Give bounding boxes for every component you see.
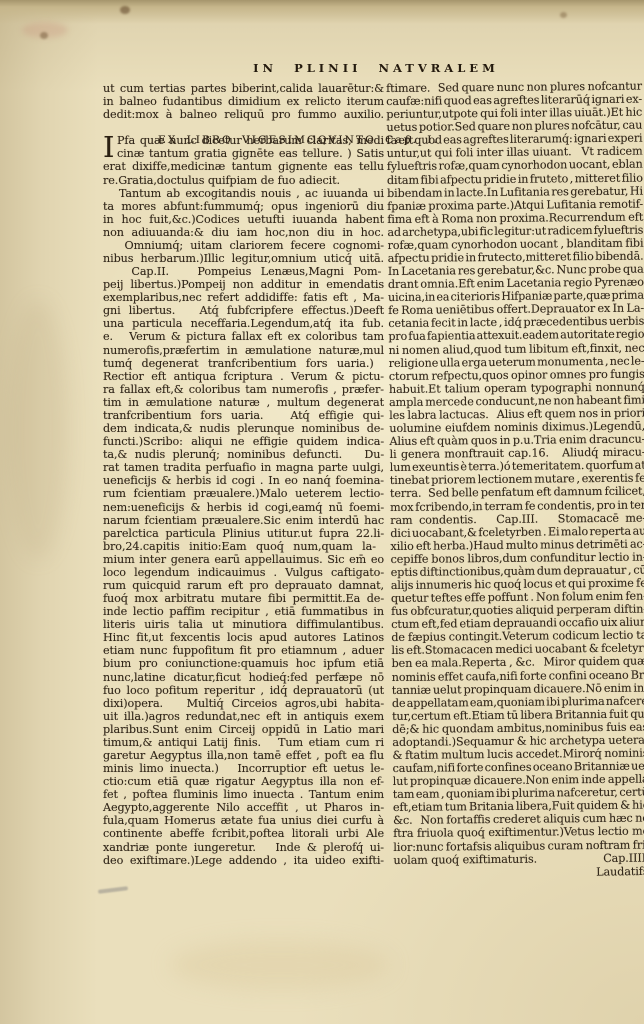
right-body-lines: ftimare. Sed quare nunc non plures nofca… bbox=[386, 80, 644, 854]
paper-stain bbox=[170, 940, 390, 990]
text-line-content: garetur Aegyptus illa,non tamē effet , p… bbox=[103, 749, 384, 762]
text-line-content: Tantum ab excogitandis nouis , ac iuuand… bbox=[103, 187, 384, 200]
paper-stain bbox=[22, 22, 68, 38]
text-line: functi.)Scribo: aliqui ne effigie quidem… bbox=[103, 435, 384, 448]
text-line: fula,quam Homerus ætate fua unius diei c… bbox=[103, 814, 384, 827]
text-line-content: ta,& nudis plerunq́; nominibus defuncti.… bbox=[103, 448, 384, 461]
text-line-content: bium pro coniunctione:quamuis hoc ipfum … bbox=[103, 657, 384, 670]
text-line: continente abeffe fcribit,poftea litoral… bbox=[103, 827, 384, 840]
text-line: erat dixiffe,medicinæ tantum gignente ea… bbox=[103, 160, 384, 173]
text-line-content: plaribus.Sunt enim Circeij oppidū in Lat… bbox=[103, 723, 384, 736]
text-line-content: non adiuuanda:& diu iam hoc,non diu in h… bbox=[103, 226, 384, 239]
text-line-content: gni libertus. Atq́ fubfcripfere effectus… bbox=[103, 304, 384, 317]
text-line-content: erat dixiffe,medicinæ tantum gignente ea… bbox=[103, 160, 384, 173]
text-line-content: loco legendum indicauimus . Vulgus cafti… bbox=[103, 566, 384, 579]
text-line: exemplaribus,nec refert addidiffe: fatis… bbox=[103, 291, 384, 304]
left-body-lines: erat dixiffe,medicinæ tantum gignente ea… bbox=[103, 160, 384, 866]
text-line: dixi)opera. Multiq́ Circeios agros,ubi h… bbox=[103, 697, 384, 710]
text-line: plaribus.Sunt enim Circeij oppidū in Lat… bbox=[103, 723, 384, 736]
text-line-content: nem:ueneficijs & herbis id cogi,eamq́ nū… bbox=[103, 501, 384, 514]
text-line-content: rum quicquid rarum eft pro deprauato dam… bbox=[103, 579, 384, 592]
text-line: nibus herbarum.)Illic legitur,omnium uti… bbox=[103, 252, 384, 265]
text-line-content: mium inter genera earū appellauimus. Sic… bbox=[103, 553, 384, 566]
text-line: rum quicquid rarum eft pro deprauato dam… bbox=[103, 579, 384, 592]
text-line: Hinc fit,ut fexcentis locis apud autores… bbox=[103, 631, 384, 644]
text-line: Cap.II. Pompeius Lenæus,Magni Pom- bbox=[103, 265, 384, 278]
text-line: in balneo fudantibus dimidium ex relicto… bbox=[103, 95, 384, 108]
text-line: non adiuuanda:& diu iam hoc,non diu in h… bbox=[103, 226, 384, 239]
right-column: ftimare. Sed quare nunc non plures nofca… bbox=[386, 80, 644, 880]
text-line-content: deo exiftimare.)Lege addendo , ita uideo… bbox=[103, 854, 384, 867]
text-line-content: re.Gratia,doctulus quifpiam de fuo adiec… bbox=[103, 174, 340, 187]
text-line: numerofis,præfertim in æmulatione naturæ… bbox=[103, 344, 384, 357]
dropcap-block: I Pfa quæ nunc dicetur herbarum claritas… bbox=[103, 134, 384, 160]
text-line-content: narum fcientiam præualere.Sic enim inter… bbox=[103, 514, 384, 527]
text-line: una particula neceffaria.Legendum,atq́ i… bbox=[103, 317, 384, 330]
chapter-four-label: Cap.IIII. bbox=[603, 851, 644, 865]
pencil-mark bbox=[98, 886, 128, 894]
text-line-content: Hinc fit,ut fexcentis locis apud autores… bbox=[103, 631, 384, 644]
text-line: fuoq́ mox arbitratu mutare fibi permitti… bbox=[103, 592, 384, 605]
text-line: ctio:cum etiā quæ rigatur Aegyptus illa … bbox=[103, 775, 384, 788]
text-line: bium pro coniunctione:quamuis hoc ipfum … bbox=[103, 657, 384, 670]
text-line: peij libertus.)Pompeij non additur in em… bbox=[103, 278, 384, 291]
text-line: rum fcientiam præualere.)Malo ueterem le… bbox=[103, 487, 384, 500]
text-line-content: una particula neceffaria.Legendum,atq́ i… bbox=[103, 317, 384, 330]
text-line: pro fua fapientia attexuit.eadem autorit… bbox=[388, 328, 644, 344]
catchword: Laudatifsi- bbox=[400, 864, 644, 881]
text-line: loco legendum indicauimus . Vulgus cafti… bbox=[103, 566, 384, 579]
text-line: ad archetypa,ubi fic legitur:ut radicem … bbox=[387, 223, 643, 239]
text-line-content: ta mores abfunt:fummumq́; opus ingeniorū… bbox=[103, 200, 384, 213]
text-line: inde lectio paffim recipitur , etiā fumm… bbox=[103, 605, 384, 618]
text-line-content: tranfcribentium fors uaria. Atq́ effigie… bbox=[103, 409, 384, 422]
ink-speck bbox=[560, 12, 567, 18]
text-line: gni libertus. Atq́ fubfcripfere effectus… bbox=[103, 304, 384, 317]
text-line: timum,& antiqui Latij finis. Tum etiam c… bbox=[103, 736, 384, 749]
book-page: IN PLINII NATVRALEM ut cum tertias parte… bbox=[0, 0, 644, 1024]
text-line: de appellatam eam,quoniam ibi plurima na… bbox=[392, 694, 644, 710]
text-line: fet , poftea fluminis limo inuecta . Tan… bbox=[103, 788, 384, 801]
text-line-content: ad archetypa,ubi fic legitur:ut radicem … bbox=[387, 223, 643, 239]
text-line-content: xandriæ ponte iungeretur. Inde & plerofq… bbox=[103, 841, 384, 854]
text-line-content: Cap.II. Pompeius Lenæus,Magni Pom- bbox=[103, 265, 381, 278]
text-line-content: tumq́ degenerat tranfcribentium fors uar… bbox=[103, 357, 374, 370]
text-line: Rectior eft antiqua fcriptura . Verum & … bbox=[103, 370, 384, 383]
text-line-content: inde lectio paffim recipitur , etiā fumm… bbox=[103, 605, 384, 618]
text-line-content: dedit:mox à balneo reliquū pro fummo aux… bbox=[103, 108, 384, 121]
text-line-content: fa eft quod eas agreftes literarumq́: ig… bbox=[387, 132, 643, 148]
text-line: mium inter genera earū appellauimus. Sic… bbox=[103, 553, 384, 566]
text-line-content: rum fcientiam præualere.)Malo ueterem le… bbox=[103, 487, 384, 500]
left-column: ut cum tertias partes biberint,calida la… bbox=[103, 82, 384, 867]
text-line: Pfa quæ nunc dicetur herbarum claritas, … bbox=[117, 134, 384, 147]
text-line-content: literis uiris talia ut minutiora diffimu… bbox=[103, 618, 384, 631]
text-line-content: nibus herbarum.)Illic legitur,omnium uti… bbox=[103, 252, 384, 265]
text-line-content: de appellatam eam,quoniam ibi plurima na… bbox=[392, 694, 644, 710]
text-line-content: bro,24.capitis initio:Eam quoq́ num,quam… bbox=[103, 540, 376, 553]
text-line: deo exiftimare.)Lege addendo , ita uideo… bbox=[103, 854, 384, 867]
text-line: garetur Aegyptus illa,non tamē effet , p… bbox=[103, 749, 384, 762]
text-line: minis limo inuecta.) Incorruptior eft ue… bbox=[103, 762, 384, 775]
text-line: narum fcientiam præualere.Sic enim inter… bbox=[103, 514, 384, 527]
text-line: re.Gratia,doctulus quifpiam de fuo adiec… bbox=[103, 174, 384, 187]
running-header: IN PLINII NATVRALEM bbox=[240, 61, 512, 75]
text-line-content: tim in æmulatione naturæ , multum degene… bbox=[103, 396, 384, 409]
text-line: fuo loco pofitum reperitur , idq́ deprau… bbox=[103, 684, 384, 697]
text-line-content: parelctica particula Plinius utitur.ut f… bbox=[103, 527, 384, 540]
last-line-text: uolam quoq́ exiftimaturis. bbox=[393, 852, 537, 866]
text-line-content: etiam nunc fuppofitum fit pro etiamnum ,… bbox=[103, 644, 384, 657]
text-line-content: Rectior eft antiqua fcriptura . Verum & … bbox=[103, 370, 384, 383]
text-line: etiam nunc fuppofitum fit pro etiamnum ,… bbox=[103, 644, 384, 657]
text-line: Omniumq́; uitam clariorem fecere cognomi… bbox=[103, 239, 384, 252]
intro-paragraph: ut cum tertias partes biberint,calida la… bbox=[103, 82, 384, 121]
text-line: tumq́ degenerat tranfcribentium fors uar… bbox=[103, 357, 384, 370]
text-line-content: in balneo fudantibus dimidium ex relicto… bbox=[103, 95, 384, 108]
text-line: e. Verum & pictura fallax eft ex colorib… bbox=[103, 330, 384, 343]
text-line-content: uit illa.)agros redundat,nec eft in anti… bbox=[103, 710, 384, 723]
text-line-content: ctio:cum etiā quæ rigatur Aegyptus illa … bbox=[103, 775, 384, 788]
text-line: uit illa.)agros redundat,nec eft in anti… bbox=[103, 710, 384, 723]
text-line: literis uiris talia ut minutiora diffimu… bbox=[103, 618, 384, 631]
text-line-content: exemplaribus,nec refert addidiffe: fatis… bbox=[103, 291, 384, 304]
chapter-heading: EX LIBRO VIGESIMOQVINTO Cap. I. bbox=[103, 121, 384, 134]
text-line-content: minis limo inuecta.) Incorruptior eft ue… bbox=[103, 762, 384, 775]
text-line-content: Omniumq́; uitam clariorem fecere cognomi… bbox=[103, 239, 384, 252]
text-line-content: Pfa quæ nunc dicetur herbarum claritas, … bbox=[117, 134, 384, 147]
text-line: ta,& nudis plerunq́; nominibus defuncti.… bbox=[103, 448, 384, 461]
text-line: dedit:mox à balneo reliquū pro fummo aux… bbox=[103, 108, 384, 121]
text-line: ra fallax eft,& coloribus tam numerofis … bbox=[103, 383, 384, 396]
text-line-content: dixi)opera. Multiq́ Circeios agros,ubi h… bbox=[103, 697, 384, 710]
text-line-content: fuoq́ mox arbitratu mutare fibi permitti… bbox=[103, 592, 384, 605]
text-line-content: in hoc fuit,&c.)Codices uetufti iuuanda … bbox=[103, 213, 384, 226]
text-line-content: fet , poftea fluminis limo inuecta . Tan… bbox=[103, 788, 384, 801]
text-line-content: peij libertus.)Pompeij non additur in em… bbox=[103, 278, 384, 291]
paper-stain bbox=[8, 300, 68, 560]
text-line: rat tamen tradita perfuafio in magna par… bbox=[103, 461, 384, 474]
text-line: uicina,in ea citerioris Hifpaniæ parte,q… bbox=[388, 289, 644, 305]
text-line: nem:ueneficijs & herbis id cogi,eamq́ nū… bbox=[103, 501, 384, 514]
text-line-content: functi.)Scribo: aliqui ne effigie quidem… bbox=[103, 435, 384, 448]
text-line: dem indicata,& nudis plerunque nominibus… bbox=[103, 422, 384, 435]
text-line-content: numerofis,præfertim in æmulatione naturæ… bbox=[103, 344, 384, 357]
text-line-content: ut cum tertias partes biberint,calida la… bbox=[103, 82, 384, 95]
text-line: Aegypto,aggerente Nilo acceffit , ut Pha… bbox=[103, 801, 384, 814]
text-line: Tantum ab excogitandis nouis , ac iuuand… bbox=[103, 187, 384, 200]
text-line: tim in æmulatione naturæ , multum degene… bbox=[103, 396, 384, 409]
text-line-content: pro fua fapientia attexuit.eadem autorit… bbox=[388, 328, 644, 344]
last-text-line: uolam quoq́ exiftimaturis. Cap.IIII. bbox=[393, 851, 644, 867]
text-line-content: cinæ tantum gratia gignēte eas tellure. … bbox=[117, 147, 384, 160]
text-line: ta mores abfunt:fummumq́; opus ingeniorū… bbox=[103, 200, 384, 213]
text-line-content: fula,quam Homerus ætate fua unius diei c… bbox=[103, 814, 384, 827]
text-line: bro,24.capitis initio:Eam quoq́ num,quam… bbox=[103, 540, 384, 553]
text-line-content: rat tamen tradita perfuafio in magna par… bbox=[103, 461, 384, 474]
text-line: parelctica particula Plinius utitur.ut f… bbox=[103, 527, 384, 540]
text-line-content: fuo loco pofitum reperitur , idq́ deprau… bbox=[103, 684, 384, 697]
text-line: tranfcribentium fors uaria. Atq́ effigie… bbox=[103, 409, 384, 422]
text-line-content: timum,& antiqui Latij finis. Tum etiam c… bbox=[103, 736, 384, 749]
text-line-content: dem indicata,& nudis plerunque nominibus… bbox=[103, 422, 384, 435]
text-line: in hoc fuit,&c.)Codices uetufti iuuanda … bbox=[103, 213, 384, 226]
drop-cap: I bbox=[103, 134, 114, 160]
text-line-content: uicina,in ea citerioris Hifpaniæ parte,q… bbox=[388, 289, 644, 305]
text-line-content: continente abeffe fcribit,poftea litoral… bbox=[103, 827, 384, 840]
text-line-content: nunc,latine dicatur,ficut hodieq́:fed pe… bbox=[103, 671, 384, 684]
text-line: xandriæ ponte iungeretur. Inde & plerofq… bbox=[103, 841, 384, 854]
text-line-content: Aegypto,aggerente Nilo acceffit , ut Pha… bbox=[103, 801, 384, 814]
text-line-content: ra fallax eft,& coloribus tam numerofis … bbox=[103, 383, 384, 396]
ink-speck bbox=[120, 6, 130, 14]
text-line: ueneficijs & herbis id cogi . In eo nanq… bbox=[103, 474, 384, 487]
dropcap-lines: Pfa quæ nunc dicetur herbarum claritas, … bbox=[117, 134, 384, 160]
text-line: ut cum tertias partes biberint,calida la… bbox=[103, 82, 384, 95]
text-line-content: ueneficijs & herbis id cogi . In eo nanq… bbox=[103, 474, 384, 487]
text-line: cinæ tantum gratia gignēte eas tellure. … bbox=[117, 147, 384, 160]
text-line-content: e. Verum & pictura fallax eft ex colorib… bbox=[103, 330, 384, 343]
ink-speck bbox=[40, 32, 48, 39]
text-line: nunc,latine dicatur,ficut hodieq́:fed pe… bbox=[103, 671, 384, 684]
text-line: fa eft quod eas agreftes literarumq́: ig… bbox=[387, 132, 643, 148]
